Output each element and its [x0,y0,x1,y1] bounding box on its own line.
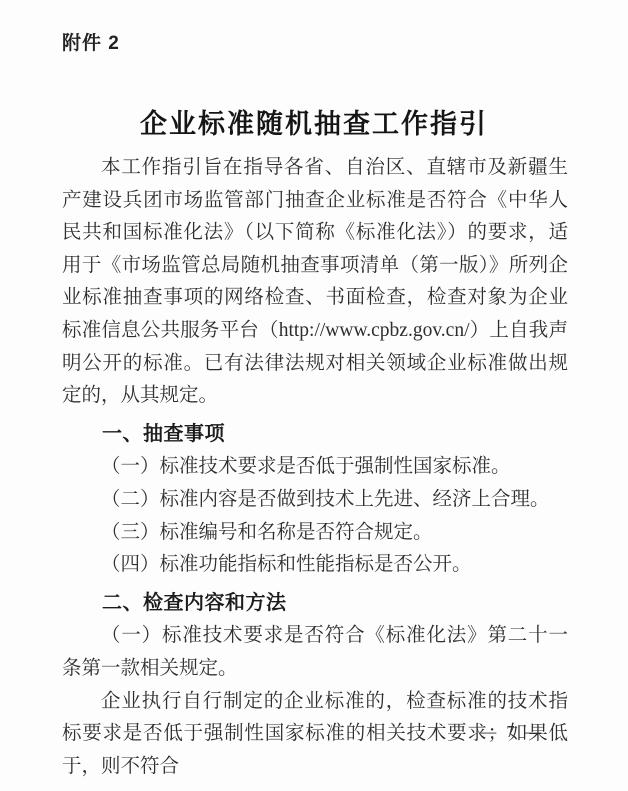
section1-item-3: （三）标准编号和名称是否符合规定。 [62,517,568,550]
section2-paragraph-1: （一）标准技术要求是否符合《标准化法》第二十一条第一款相关规定。 [62,620,568,685]
section1-item-1: （一）标准技术要求是否低于强制性国家标准。 [62,451,568,484]
page-title: 企业标准随机抽查工作指引 [0,102,628,141]
section1-item-4: （四）标准功能指标和性能指标是否公开。 [62,549,568,582]
section2-heading: 二、检查内容和方法 [62,587,568,620]
document-body: 本工作指引旨在指导各省、自治区、直辖市及新疆生产建设兵团市场监管部门抽查企业标准… [62,152,568,783]
attachment-label: 附件 2 [62,28,120,55]
page-number: — 7 — [452,722,572,742]
document-page: 附件 2 企业标准随机抽查工作指引 本工作指引旨在指导各省、自治区、直辖市及新疆… [0,0,628,791]
section1-item-2: （二）标准内容是否做到技术上先进、经济上合理。 [62,484,568,517]
section1-heading: 一、抽查事项 [62,418,568,451]
intro-paragraph: 本工作指引旨在指导各省、自治区、直辖市及新疆生产建设兵团市场监管部门抽查企业标准… [62,152,568,413]
